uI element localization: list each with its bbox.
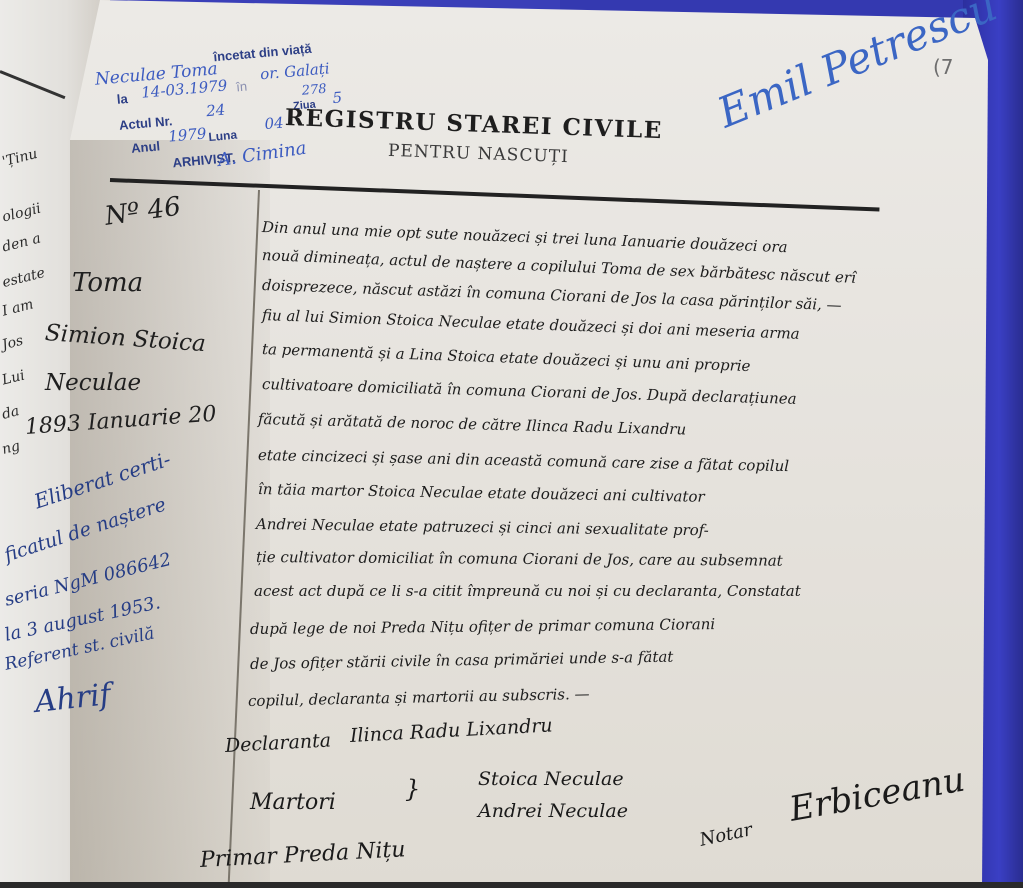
stamp-month: 04 xyxy=(264,114,285,134)
stamp-year: 1979 xyxy=(168,124,208,145)
stamp-label-la: la xyxy=(116,91,128,107)
stamp-label-died: încetat din viață xyxy=(213,41,312,65)
witness-1: Stoica Neculae xyxy=(478,768,624,790)
child-surname: Toma xyxy=(72,268,143,298)
left-page-fragment: da xyxy=(0,403,21,423)
left-page-fragment: 'Ținu xyxy=(1,146,40,170)
stamp-label-act: Actul Nr. xyxy=(118,113,173,133)
stamp-act-number: 24 xyxy=(205,101,226,121)
left-page-fragment: Jos xyxy=(0,333,24,354)
witness-brace: } xyxy=(405,775,420,803)
stamp-reg-number: 278 xyxy=(301,82,327,99)
corner-mark: (7 xyxy=(933,55,954,79)
stamp-place: or. Galați xyxy=(259,59,330,83)
left-page-fragment: ng xyxy=(0,438,21,458)
left-page-fragment: estate xyxy=(1,265,47,291)
left-page-rule xyxy=(0,70,65,99)
witness-2: Andrei Neculae xyxy=(478,800,628,822)
left-page-fragment: den a xyxy=(1,231,43,256)
body-line: acest act după ce li s-a citit împreună … xyxy=(254,582,801,600)
stamp-label-luna: Luna xyxy=(208,128,238,144)
left-page-fragment: I am xyxy=(1,296,36,319)
stamp-place-prefix: în xyxy=(236,79,248,95)
stamp-label-anul: Anul xyxy=(131,138,161,155)
body-line: ție cultivator domiciliat în comuna Cior… xyxy=(256,548,783,570)
left-page-fragment: Lui xyxy=(0,367,26,388)
mother-name: Neculae xyxy=(45,370,141,396)
stamp-day: 5 xyxy=(332,88,343,107)
bottom-edge xyxy=(0,882,1023,888)
witnesses-label: Martori xyxy=(250,790,336,815)
left-page-fragment: ologii xyxy=(1,200,43,225)
